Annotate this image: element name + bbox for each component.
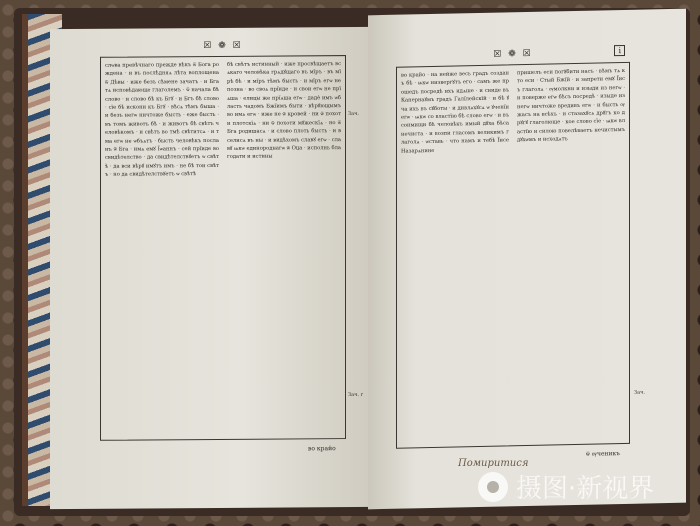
left-column-1: слѡва превѣчнаго прежде вѣкъ ѿ Бога рожд… (105, 61, 219, 436)
right-catchword: ѿ ѹченикъ (586, 450, 620, 458)
left-text-frame: ☒ ❁ ☒ слѡва превѣчнаго прежде вѣкъ ѿ Бог… (100, 55, 346, 441)
watermark: 摄图·新视界 (478, 468, 654, 505)
right-column-1: во крайо · на нейже весь градъ созданъ б… (401, 69, 509, 443)
left-column-2: бѣ свѣтъ истинный · иже просвѣщаетъ всѧк… (227, 60, 341, 435)
right-page: ☒ ❁ ☒ і во крайо · на нейже весь градъ с… (368, 9, 686, 510)
right-text-frame: ☒ ❁ ☒ і во крайо · на нейже весь градъ с… (396, 62, 630, 449)
left-margin-note-2: Зач. г (348, 392, 363, 398)
right-margin-note: Зач. (634, 390, 645, 396)
camera-aperture-icon (478, 472, 508, 502)
page-number: і (614, 45, 625, 56)
right-page-header-ornament: ☒ ❁ ☒ (397, 47, 629, 62)
left-catchword: во крайо (308, 445, 336, 452)
left-page-header-ornament: ☒ ❁ ☒ (101, 40, 345, 52)
left-page: ☒ ❁ ☒ слѡва превѣчнаго прежде вѣкъ ѿ Бог… (50, 27, 372, 509)
right-column-2: пришелъ еси погꙋбити насъ · вѣмъ тѧ кто … (517, 67, 625, 441)
watermark-text: 摄图·新视界 (516, 468, 654, 505)
left-margin-note-1: Зач. (348, 111, 359, 117)
